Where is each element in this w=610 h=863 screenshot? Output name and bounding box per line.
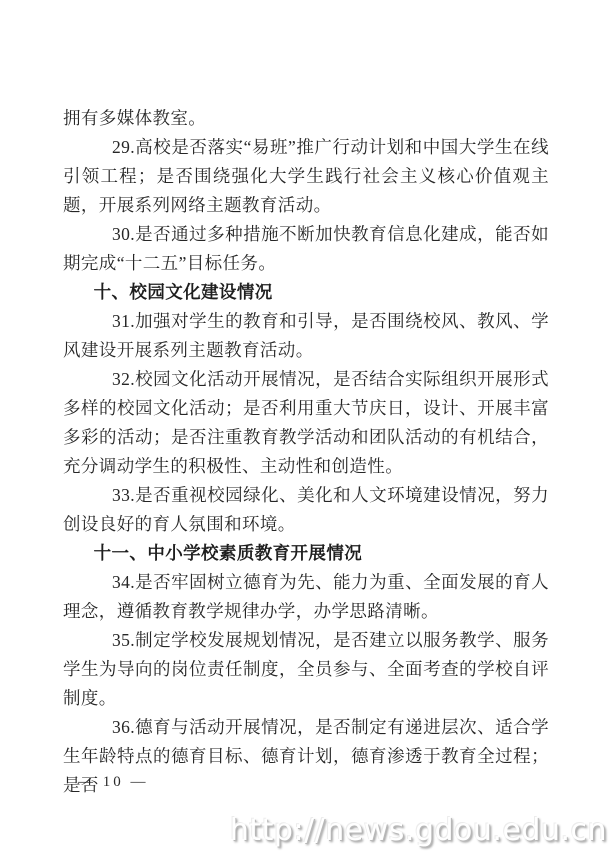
- section-heading-10: 十、校园文化建设情况: [63, 278, 549, 307]
- watermark-url: http://news.gdou.edu.cn: [230, 813, 607, 848]
- paragraph-item-30: 30.是否通过多种措施不断加快教育信息化建成，能否如期完成“十二五”目标任务。: [63, 220, 549, 278]
- paragraph-item-34: 34.是否牢固树立德育为先、能力为重、全面发展的育人理念，遵循教育教学规律办学，…: [63, 568, 549, 626]
- paragraph-item-31: 31.加强对学生的教育和引导，是否围绕校风、教风、学风建设开展系列主题教育活动。: [63, 307, 549, 365]
- paragraph-item-33: 33.是否重视校园绿化、美化和人文环境建设情况，努力创设良好的育人氛围和环境。: [63, 481, 549, 539]
- document-page: 拥有多媒体教室。 29.高校是否落实“易班”推广行动计划和中国大学生在线引领工程…: [0, 0, 610, 863]
- page-number: — 10 —: [78, 774, 149, 791]
- document-body: 拥有多媒体教室。 29.高校是否落实“易班”推广行动计划和中国大学生在线引领工程…: [63, 104, 549, 800]
- section-heading-11: 十一、中小学校素质教育开展情况: [63, 539, 549, 568]
- paragraph-item-35: 35.制定学校发展规划情况，是否建立以服务教学、服务学生为导向的岗位责任制度，全…: [63, 626, 549, 713]
- paragraph-item-32: 32.校园文化活动开展情况，是否结合实际组织开展形式多样的校园文化活动；是否利用…: [63, 365, 549, 481]
- paragraph-item-29: 29.高校是否落实“易班”推广行动计划和中国大学生在线引领工程；是否围绕强化大学…: [63, 133, 549, 220]
- paragraph-continuation: 拥有多媒体教室。: [63, 104, 549, 133]
